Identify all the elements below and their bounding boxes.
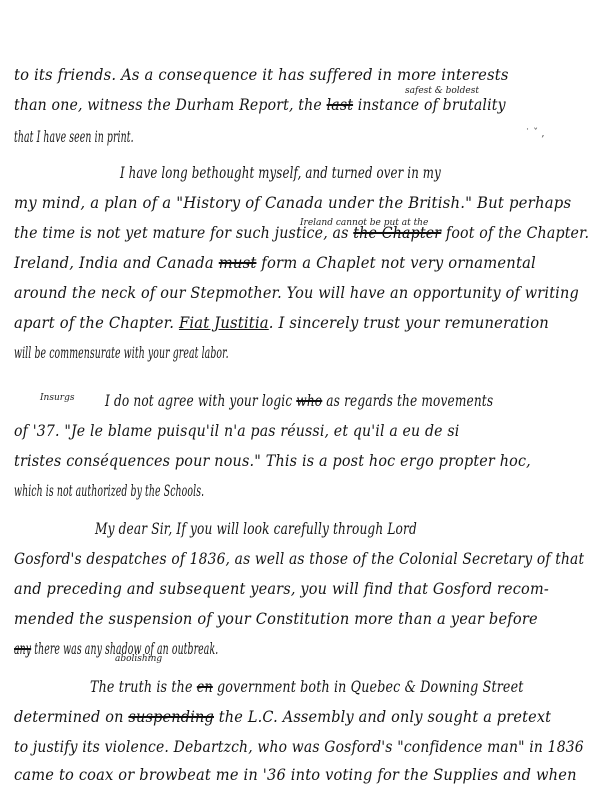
text-line: mended the suspension of your Constituti…: [14, 610, 579, 628]
line-text: to justify its violence. Debartzch, who …: [14, 738, 584, 756]
line-text: around the neck of our Stepmother. You w…: [14, 284, 579, 302]
line-text: as regards the movements: [322, 392, 493, 410]
line-text: of '37. "Je le blame puisqu'il n'a pas r…: [14, 422, 459, 440]
text-line: any there was any shadow of an outbreak.: [14, 640, 374, 658]
line-text: apart of the Chapter.: [14, 314, 179, 332]
line-text: foot of the Chapter.: [441, 224, 589, 242]
line-text: My dear Sir, If you will look carefully …: [95, 520, 417, 538]
text-line: The truth is the en government both in Q…: [90, 678, 580, 696]
line-text: came to coax or browbeat me in '36 into …: [14, 766, 577, 784]
line-text: tristes conséquences pour nous." This is…: [14, 452, 531, 470]
text-line: the time is not yet mature for such just…: [14, 224, 562, 242]
text-line: I have long bethought myself, and turned…: [120, 164, 575, 182]
text-line: and preceding and subsequent years, you …: [14, 580, 574, 598]
text-line: than one, witness the Durham Report, the…: [14, 96, 559, 114]
line-text: to its friends. As a consequence it has …: [14, 66, 509, 84]
text-line: of '37. "Je le blame puisqu'il n'a pas r…: [14, 422, 559, 440]
text-line: I do not agree with your logic who as re…: [105, 392, 575, 410]
text-line: apart of the Chapter. Fiat Justitia. I s…: [14, 314, 584, 332]
interlinear-insertion: safest & boldest: [405, 86, 479, 96]
text-line: around the neck of our Stepmother. You w…: [14, 284, 573, 302]
ink-mark: ˙ ˇ ,: [525, 128, 545, 139]
text-line: My dear Sir, If you will look carefully …: [95, 520, 565, 538]
text-line: came to coax or browbeat me in '36 into …: [14, 766, 579, 784]
struck-through-word: last: [327, 96, 354, 114]
interlinear-insertion: Ireland cannot be put at the: [300, 218, 428, 228]
line-text: that I have seen in print.: [14, 128, 134, 146]
line-text: Gosford's despatches of 1836, as well as…: [14, 550, 584, 568]
line-text: and preceding and subsequent years, you …: [14, 580, 549, 598]
letter-page: to its friends. As a consequence it has …: [0, 0, 600, 809]
line-text: than one, witness the Durham Report, the: [14, 96, 327, 114]
text-line: to its friends. As a consequence it has …: [14, 66, 584, 84]
underlined-phrase: Fiat Justitia: [179, 314, 269, 332]
struck-through-word: any: [14, 640, 31, 658]
struck-through-word: must: [219, 254, 257, 272]
line-text: Ireland, India and Canada: [14, 254, 219, 272]
line-text: my mind, a plan of a "History of Canada …: [14, 194, 571, 212]
line-text: instance of brutality: [353, 96, 506, 114]
text-line: will be commensurate with your great lab…: [14, 344, 374, 362]
text-line: determined on suspending the L.C. Assemb…: [14, 708, 574, 726]
text-line: which is not authorized by the Schools.: [14, 482, 374, 500]
line-text: The truth is the: [90, 678, 197, 696]
line-text: which is not authorized by the Schools.: [14, 482, 204, 500]
text-line: tristes conséquences pour nous." This is…: [14, 452, 569, 470]
interlinear-insertion: abolishing: [115, 654, 162, 664]
line-text: will be commensurate with your great lab…: [14, 344, 229, 362]
text-line: that I have seen in print.: [14, 128, 374, 146]
line-text: . I sincerely trust your remuneration: [269, 314, 549, 332]
line-text: form a Chaplet not very ornamental: [256, 254, 536, 272]
text-line: my mind, a plan of a "History of Canada …: [14, 194, 589, 212]
interlinear-insertion: Insurgs: [40, 393, 74, 403]
line-text: I have long bethought myself, and turned…: [120, 164, 441, 182]
text-line: to justify its violence. Debartzch, who …: [14, 738, 553, 756]
line-text: government both in Quebec & Downing Stre…: [213, 678, 524, 696]
line-text: the L.C. Assembly and only sought a pret…: [214, 708, 551, 726]
line-text: determined on: [14, 708, 128, 726]
struck-through-word: suspending: [128, 708, 214, 726]
text-line: Ireland, India and Canada must form a Ch…: [14, 254, 584, 272]
text-line: Gosford's despatches of 1836, as well as…: [14, 550, 549, 568]
struck-through-word: who: [296, 392, 322, 410]
line-text: I do not agree with your logic: [105, 392, 296, 410]
line-text: mended the suspension of your Constituti…: [14, 610, 538, 628]
struck-through-word: en: [197, 678, 213, 696]
